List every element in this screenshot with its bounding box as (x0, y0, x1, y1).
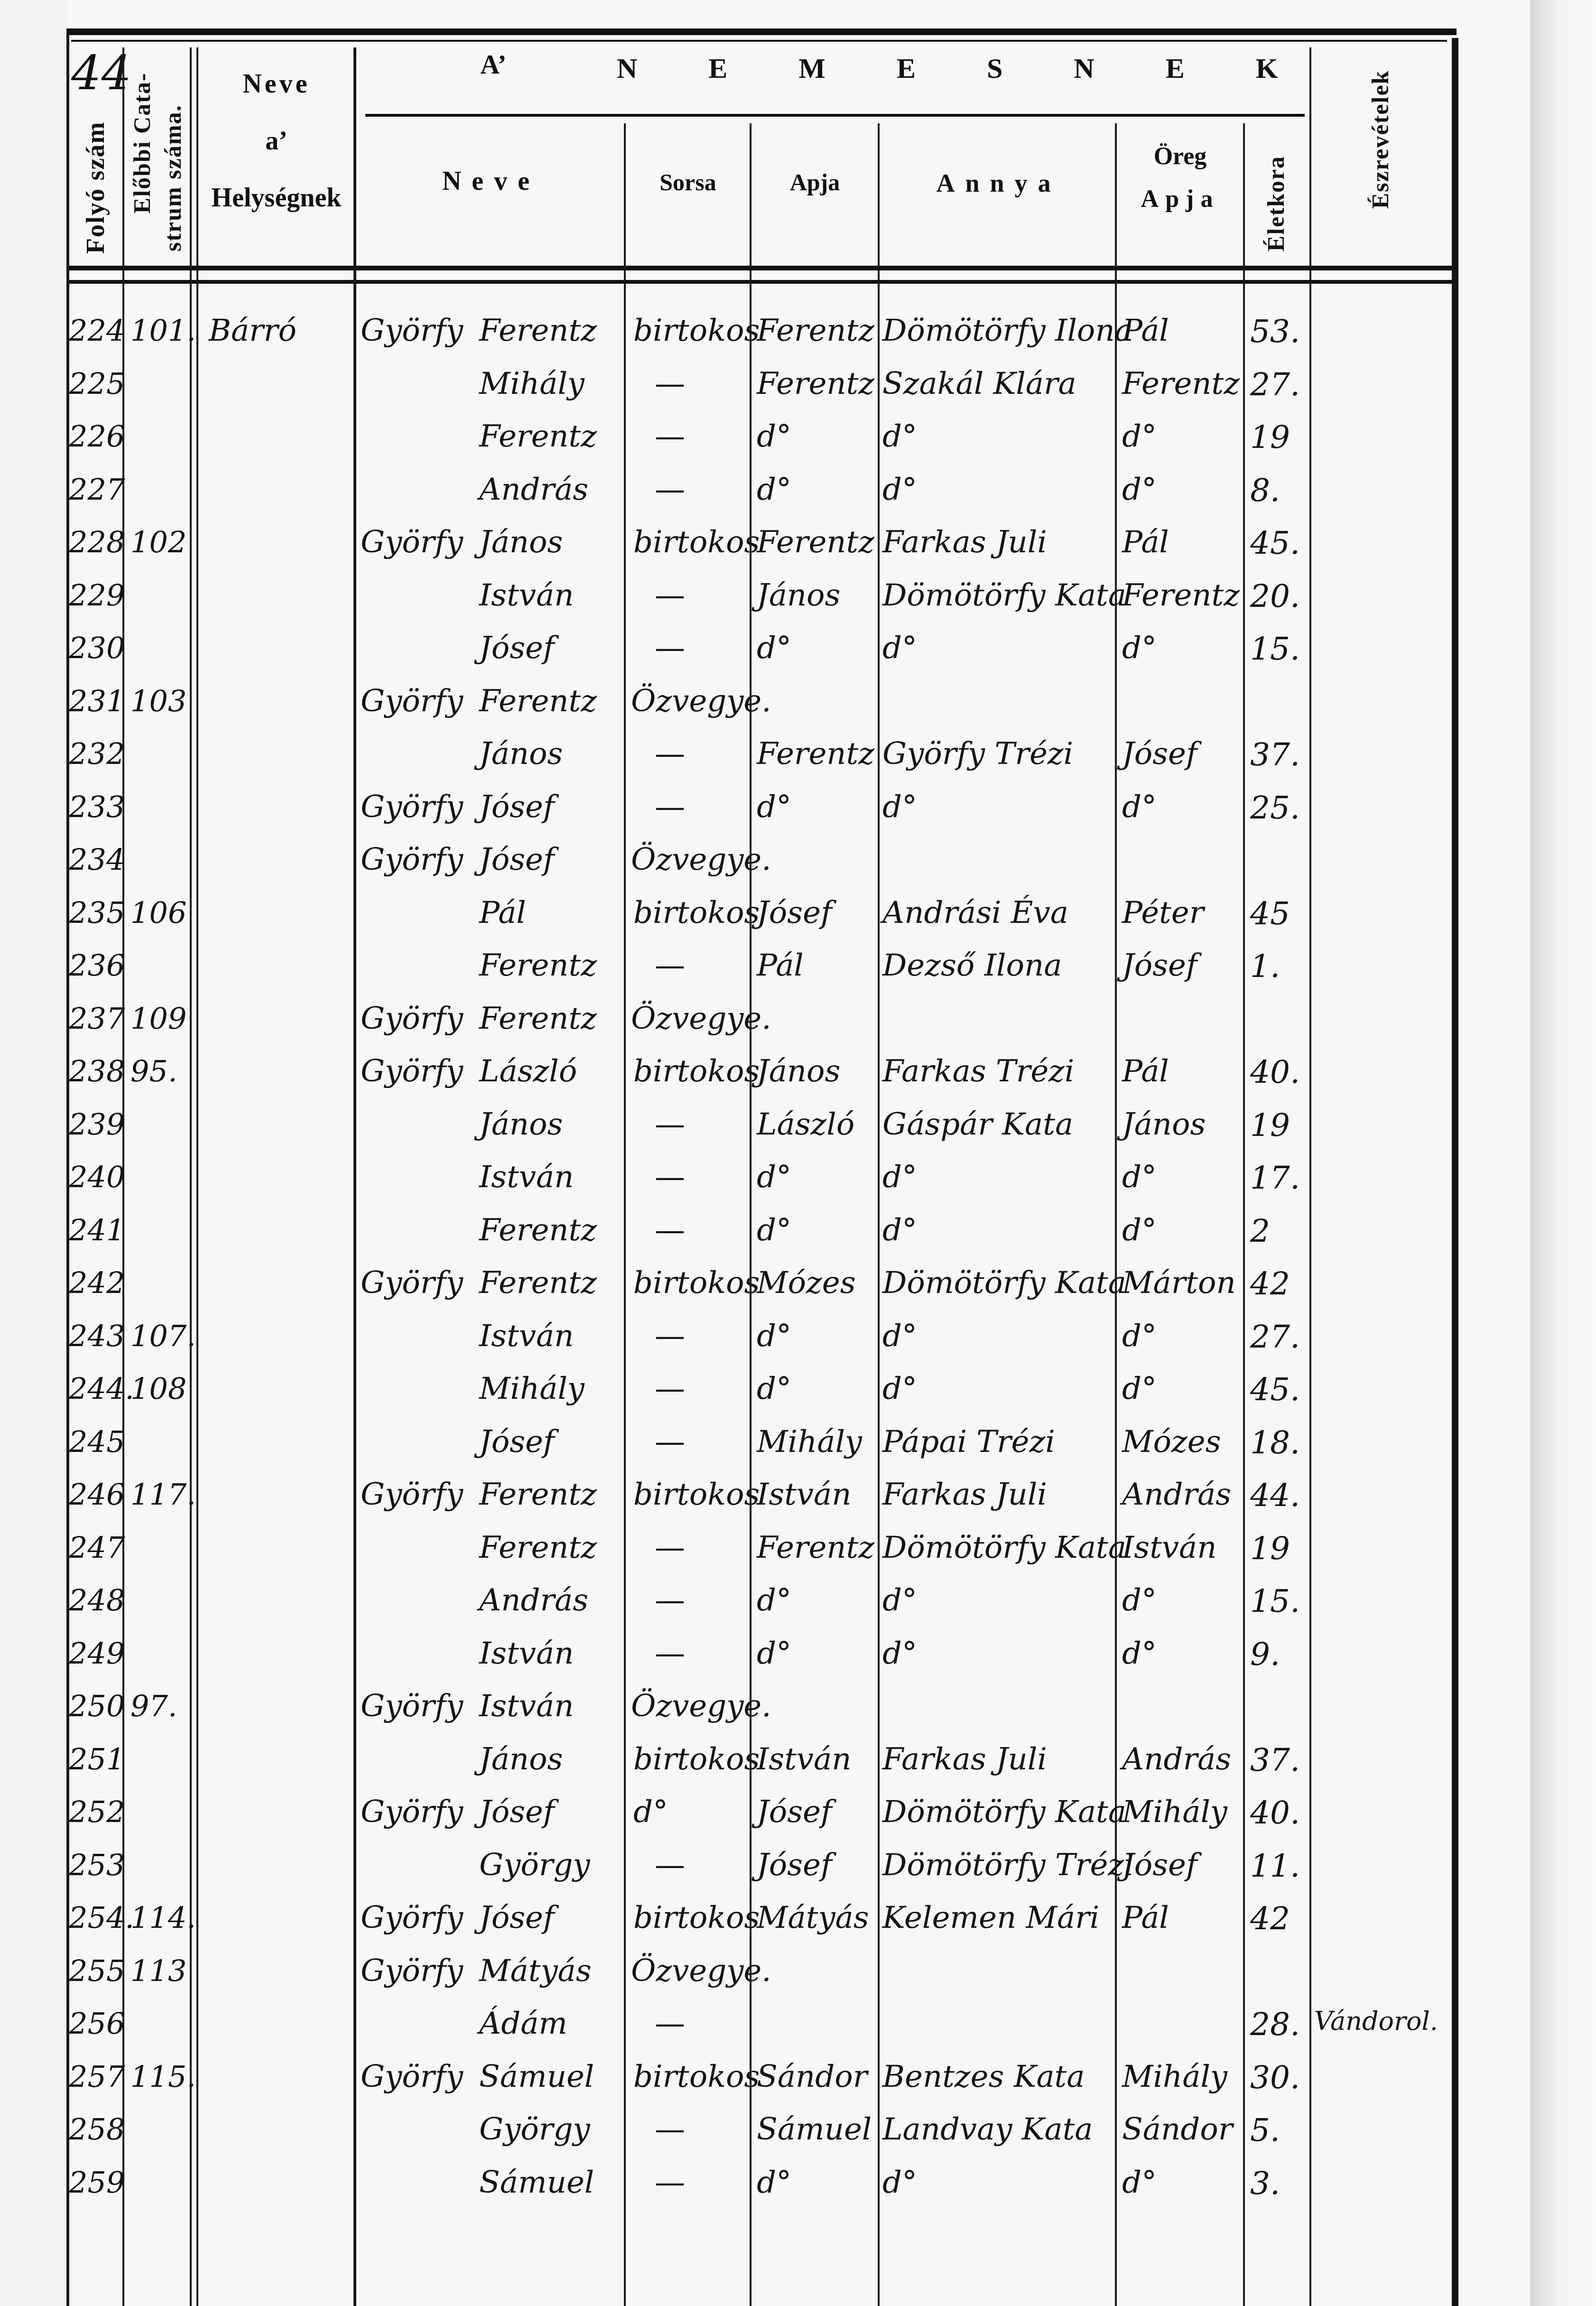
cell-neve: István (479, 578, 574, 613)
cell-annya: Farkas Juli (882, 525, 1047, 560)
cell-oreg-apja: Péter (1122, 895, 1204, 930)
cell-neve: Ádám (479, 2006, 567, 2041)
cell-eletkora: 53. (1250, 313, 1300, 350)
cell-eletkora: 2 (1250, 1213, 1270, 1249)
page-gutter (1530, 0, 1596, 2306)
cell-folyo-szam: 259 (69, 2165, 125, 2200)
cell-elobbi-szam: 113 (130, 1953, 186, 1988)
cell-sorsa: Özvegye. (631, 842, 771, 877)
cell-annya: d° (882, 2165, 917, 2200)
col-divider-elobbi-a (190, 47, 192, 2306)
cell-folyo-szam: 248 (69, 1583, 125, 1618)
cell-vezeteknev: Györfy (361, 1001, 463, 1036)
cell-neve: János (479, 1742, 563, 1777)
cell-folyo-szam: 241 (69, 1213, 125, 1247)
col-divider-elobbi-b (196, 47, 198, 2306)
cell-elobbi-szam: 108 (130, 1371, 186, 1406)
cell-neve: Jósef (479, 842, 555, 877)
cell-eletkora: 27. (1250, 1319, 1300, 1355)
cell-annya: Farkas Juli (882, 1477, 1047, 1512)
header-helyseg-3: Helységnek (199, 183, 353, 213)
cell-apja: Mihály (757, 1424, 862, 1460)
cell-apja: Jósef (757, 1795, 832, 1830)
cell-annya: Dömötörfy Kata (882, 578, 1126, 613)
cell-apja: d° (757, 790, 791, 825)
cell-oreg-apja: Pál (1122, 1054, 1169, 1089)
cell-vezeteknev: Györfy (361, 684, 463, 719)
cell-sorsa: birtokos (633, 895, 760, 930)
cell-neve: György (479, 2112, 590, 2147)
cell-vezeteknev: Györfy (361, 1689, 463, 1724)
header-folyo-szam: Folyó szám (81, 121, 110, 254)
cell-sorsa: — (655, 1107, 685, 1142)
cell-sorsa: — (655, 1636, 685, 1671)
cell-annya: Bentzes Kata (882, 2059, 1085, 2094)
cell-sorsa: — (655, 736, 685, 772)
cell-neve: Ferentz (479, 1265, 597, 1301)
cell-annya: Farkas Juli (882, 1742, 1047, 1777)
cell-eletkora: 30. (1250, 2059, 1300, 2096)
cell-folyo-szam: 257 (69, 2059, 125, 2094)
cell-vezeteknev: Györfy (361, 1795, 463, 1830)
cell-folyo-szam: 249 (69, 1636, 125, 1671)
cell-sorsa: — (655, 1424, 685, 1460)
cell-vezeteknev: Györfy (361, 313, 463, 348)
cell-annya: Andrási Éva (882, 895, 1068, 930)
header-helyseg-1: Neve (199, 69, 353, 99)
cell-oreg-apja: d° (1122, 419, 1157, 454)
cell-folyo-szam: 237 (69, 1001, 125, 1036)
cell-oreg-apja: Pál (1122, 313, 1169, 348)
cell-oreg-apja: Márton (1122, 1265, 1236, 1301)
cell-sorsa: d° (633, 1795, 668, 1830)
cell-apja: Jósef (757, 895, 832, 930)
cell-annya: d° (882, 1583, 917, 1618)
cell-eletkora: 45 (1250, 895, 1290, 932)
cell-sorsa: Özvegye. (631, 684, 771, 719)
cell-sorsa: — (655, 2006, 685, 2041)
cell-sorsa: birtokos (633, 1054, 760, 1089)
cell-vezeteknev: Györfy (361, 1953, 463, 1989)
cell-eletkora: 19 (1250, 1530, 1290, 1567)
cell-annya: d° (882, 1371, 917, 1406)
cell-folyo-szam: 240 (69, 1160, 125, 1194)
cell-oreg-apja: d° (1122, 1636, 1157, 1671)
cell-sorsa: birtokos (633, 1265, 760, 1301)
cell-eletkora: 28. (1250, 2006, 1300, 2043)
cell-elobbi-szam: 115. (130, 2059, 196, 2094)
cell-oreg-apja: Ferentz (1122, 578, 1240, 613)
cell-helyseg: Bárró (209, 313, 297, 348)
cell-neve: Mátyás (479, 1953, 592, 1989)
cell-oreg-apja: Pál (1122, 1900, 1169, 1935)
cell-apja: d° (757, 1636, 791, 1671)
cell-folyo-szam: 235 (69, 895, 125, 930)
cell-eletkora: 45. (1250, 525, 1300, 561)
cell-vezeteknev: Györfy (361, 790, 463, 825)
cell-sorsa: — (655, 578, 685, 613)
cell-sorsa: — (655, 631, 685, 666)
cell-folyo-szam: 245 (69, 1424, 125, 1459)
cell-eletkora: 37. (1250, 1742, 1300, 1778)
cell-oreg-apja: János (1122, 1107, 1206, 1142)
header-eletkora: Életkora (1262, 156, 1290, 251)
cell-apja: d° (757, 1213, 791, 1248)
cell-eletkora: 37. (1250, 736, 1300, 773)
cell-oreg-apja: d° (1122, 2165, 1157, 2200)
cell-folyo-szam: 243 (69, 1319, 125, 1353)
cell-eletkora: 5. (1250, 2112, 1280, 2148)
cell-oreg-apja: Pál (1122, 525, 1169, 560)
cell-oreg-apja: d° (1122, 1319, 1157, 1354)
cell-annya: Farkas Trézi (882, 1054, 1074, 1089)
cell-vezeteknev: Györfy (361, 1054, 463, 1089)
header-apja: Apja (752, 168, 878, 196)
cell-folyo-szam: 247 (69, 1530, 125, 1565)
header-elobbi-line1: Előbbi Cata- (128, 72, 156, 214)
cell-folyo-szam: 258 (69, 2112, 125, 2147)
cell-elobbi-szam: 103 (130, 684, 186, 718)
cell-apja: d° (757, 1160, 791, 1195)
cell-oreg-apja: Jósef (1122, 736, 1197, 772)
cell-vezeteknev: Györfy (361, 842, 463, 877)
cell-sorsa: Özvegye. (631, 1953, 771, 1989)
cell-folyo-szam: 233 (69, 790, 125, 824)
cell-apja: d° (757, 419, 791, 454)
cell-apja: d° (757, 631, 791, 666)
cell-folyo-szam: 244. (69, 1371, 134, 1406)
header-elobbi-line2: strum száma. (159, 104, 186, 251)
cell-eszrevetel: Vándorol. (1314, 2006, 1438, 2036)
header-eszrevetelek: Észrevételek (1366, 70, 1394, 209)
cell-neve: István (479, 1636, 574, 1671)
cell-oreg-apja: Mózes (1122, 1424, 1221, 1460)
cell-eletkora: 15. (1250, 631, 1300, 667)
cell-neve: László (479, 1054, 577, 1089)
cell-sorsa: — (655, 1160, 685, 1195)
cell-annya: d° (882, 1213, 917, 1248)
cell-folyo-szam: 250 (69, 1689, 125, 1723)
cell-oreg-apja: d° (1122, 790, 1157, 825)
cell-vezeteknev: Györfy (361, 1265, 463, 1301)
cell-oreg-apja: d° (1122, 1160, 1157, 1195)
cell-neve: György (479, 1848, 590, 1883)
cell-elobbi-szam: 107. (130, 1319, 196, 1353)
cell-annya: Dömötörfy Kata (882, 1265, 1126, 1301)
cell-eletkora: 42 (1250, 1900, 1290, 1937)
cell-annya: Pápai Trézi (882, 1424, 1055, 1460)
cell-folyo-szam: 254. (69, 1900, 134, 1935)
cell-neve: Ferentz (479, 948, 597, 983)
cell-annya: d° (882, 1319, 917, 1354)
cell-neve: Jósef (479, 790, 555, 825)
cell-oreg-apja: d° (1122, 631, 1157, 666)
cell-annya: Dömötörfy Ilona (882, 313, 1133, 348)
cell-oreg-apja: Jósef (1122, 948, 1197, 983)
cell-vezeteknev: Györfy (361, 525, 463, 560)
cell-sorsa: — (655, 2165, 685, 2200)
cell-folyo-szam: 229 (69, 578, 125, 613)
cell-neve: Ferentz (479, 684, 597, 719)
cell-apja: Ferentz (757, 1530, 874, 1565)
header-group-prefix: A’ (465, 50, 522, 80)
cell-folyo-szam: 251 (69, 1742, 125, 1776)
cell-neve: András (479, 1583, 588, 1618)
cell-sorsa: — (655, 1319, 685, 1354)
cell-neve: János (479, 736, 563, 772)
top-rule-thin (71, 40, 1447, 42)
cell-eletkora: 8. (1250, 472, 1280, 509)
cell-apja: Ferentz (757, 736, 874, 772)
cell-sorsa: birtokos (633, 1900, 760, 1935)
cell-folyo-szam: 236 (69, 948, 125, 983)
cell-sorsa: — (655, 790, 685, 825)
cell-oreg-apja: d° (1122, 1371, 1157, 1406)
cell-annya: Gáspár Kata (882, 1107, 1073, 1142)
header-oreg-1: Öreg (1117, 142, 1243, 170)
cell-annya: d° (882, 1636, 917, 1671)
cell-sorsa: — (655, 1213, 685, 1248)
cell-eletkora: 42 (1250, 1265, 1290, 1302)
cell-oreg-apja: Sándor (1122, 2112, 1233, 2147)
cell-elobbi-szam: 95. (130, 1054, 177, 1088)
cell-neve: István (479, 1160, 574, 1195)
cell-apja: Mátyás (757, 1900, 869, 1935)
cell-elobbi-szam: 117. (130, 1477, 196, 1512)
cell-apja: Sámuel (757, 2112, 872, 2147)
cell-folyo-szam: 226 (69, 419, 125, 454)
cell-neve: János (479, 525, 563, 560)
cell-eletkora: 27. (1250, 366, 1300, 403)
cell-annya: Dömötörfy Kata (882, 1530, 1126, 1565)
cell-eletkora: 18. (1250, 1424, 1300, 1461)
cell-apja: Ferentz (757, 525, 874, 560)
cell-elobbi-szam: 114. (130, 1900, 196, 1935)
cell-folyo-szam: 238 (69, 1054, 125, 1088)
cell-neve: Ferentz (479, 1213, 597, 1248)
group-underline (365, 114, 1305, 117)
cell-sorsa: Özvegye. (631, 1689, 771, 1724)
cell-neve: Sámuel (479, 2165, 594, 2200)
cell-apja: Mózes (757, 1265, 856, 1301)
cell-vezeteknev: Györfy (361, 2059, 463, 2094)
cell-neve: András (479, 472, 588, 507)
cell-oreg-apja: d° (1122, 1583, 1157, 1618)
cell-eletkora: 45. (1250, 1371, 1300, 1408)
cell-folyo-szam: 224 (69, 313, 125, 348)
cell-folyo-szam: 227 (69, 472, 125, 507)
cell-sorsa: birtokos (633, 1477, 760, 1512)
cell-oreg-apja: d° (1122, 1213, 1157, 1248)
cell-annya: d° (882, 419, 917, 454)
cell-annya: Dömötörfy Kata (882, 1795, 1126, 1830)
cell-annya: d° (882, 1160, 917, 1195)
cell-elobbi-szam: 97. (130, 1689, 177, 1723)
cell-eletkora: 25. (1250, 790, 1300, 826)
cell-annya: Kelemen Mári (882, 1900, 1099, 1935)
cell-sorsa: — (655, 366, 685, 401)
cell-apja: d° (757, 472, 791, 507)
cell-apja: Jósef (757, 1848, 832, 1883)
cell-folyo-szam: 228 (69, 525, 125, 559)
col-divider-helyseg (353, 47, 356, 2306)
col-divider-annya (1115, 123, 1117, 2306)
cell-oreg-apja: Jósef (1122, 1848, 1197, 1883)
cell-apja: d° (757, 2165, 791, 2200)
cell-sorsa: — (655, 2112, 685, 2147)
cell-folyo-szam: 253 (69, 1848, 125, 1882)
cell-neve: Ferentz (479, 419, 597, 454)
cell-annya: Landvay Kata (882, 2112, 1093, 2147)
cell-apja: Ferentz (757, 313, 874, 348)
header-helyseg-2: a’ (199, 126, 353, 156)
cell-sorsa: — (655, 948, 685, 983)
col-divider-apja (878, 123, 880, 2306)
cell-oreg-apja: István (1122, 1530, 1216, 1565)
header-group-title: NEMESNEK (617, 52, 1328, 85)
col-divider-neve (624, 123, 626, 2306)
cell-sorsa: — (655, 1583, 685, 1618)
cell-folyo-szam: 246 (69, 1477, 125, 1512)
cell-sorsa: — (655, 1371, 685, 1406)
cell-apja: János (757, 578, 840, 613)
cell-eletkora: 9. (1250, 1636, 1280, 1673)
cell-folyo-szam: 239 (69, 1107, 125, 1142)
cell-neve: Jósef (479, 631, 555, 666)
right-border (1452, 38, 1458, 2306)
cell-oreg-apja: Mihály (1122, 2059, 1227, 2094)
cell-eletkora: 19 (1250, 1107, 1290, 1144)
cell-neve: Mihály (479, 366, 585, 401)
cell-neve: Ferentz (479, 1477, 597, 1512)
cell-vezeteknev: Györfy (361, 1900, 463, 1935)
top-rule (66, 28, 1457, 35)
cell-folyo-szam: 234 (69, 842, 125, 877)
cell-annya: Dezső Ilona (882, 948, 1062, 983)
cell-eletkora: 20. (1250, 578, 1300, 614)
cell-oreg-apja: Ferentz (1122, 366, 1240, 401)
cell-eletkora: 17. (1250, 1160, 1300, 1196)
header-annya: Annya (882, 168, 1115, 198)
cell-folyo-szam: 242 (69, 1265, 125, 1300)
cell-folyo-szam: 231 (69, 684, 125, 718)
cell-neve: Pál (479, 895, 526, 930)
header-sorsa: Sorsa (626, 168, 750, 196)
header-neve: Neve (361, 166, 622, 196)
cell-eletkora: 44. (1250, 1477, 1300, 1514)
cell-neve: Jósef (479, 1795, 555, 1830)
cell-elobbi-szam: 101. (130, 313, 196, 348)
cell-neve: Ferentz (479, 1530, 597, 1565)
cell-eletkora: 1. (1250, 948, 1280, 985)
cell-neve: János (479, 1107, 563, 1142)
cell-apja: d° (757, 1583, 791, 1618)
cell-eletkora: 3. (1250, 2165, 1280, 2202)
cell-elobbi-szam: 106 (130, 895, 186, 930)
cell-folyo-szam: 255 (69, 1953, 125, 1988)
cell-annya: Dömötörfy Trézi (882, 1848, 1133, 1883)
cell-sorsa: birtokos (633, 313, 760, 348)
cell-eletkora: 19 (1250, 419, 1290, 456)
cell-apja: János (757, 1054, 840, 1089)
cell-annya: Szakál Klára (882, 366, 1076, 401)
cell-folyo-szam: 252 (69, 1795, 125, 1829)
cell-folyo-szam: 225 (69, 366, 125, 401)
cell-apja: d° (757, 1319, 791, 1354)
cell-oreg-apja: András (1122, 1477, 1231, 1512)
cell-elobbi-szam: 109 (130, 1001, 186, 1036)
cell-eletkora: 11. (1250, 1848, 1300, 1884)
cell-sorsa: Özvegye. (631, 1001, 771, 1036)
cell-sorsa: — (655, 472, 685, 507)
cell-eletkora: 40. (1250, 1054, 1300, 1090)
cell-neve: Mihály (479, 1371, 585, 1406)
cell-eletkora: 40. (1250, 1795, 1300, 1831)
cell-apja: István (757, 1742, 851, 1777)
col-divider-oreg (1243, 123, 1245, 2306)
cell-sorsa: — (655, 1848, 685, 1883)
cell-folyo-szam: 232 (69, 736, 125, 771)
cell-neve: Jósef (479, 1900, 555, 1935)
cell-oreg-apja: Mihály (1122, 1795, 1227, 1830)
cell-neve: István (479, 1319, 574, 1354)
cell-annya: Györfy Trézi (882, 736, 1073, 772)
cell-elobbi-szam: 102 (130, 525, 186, 559)
cell-apja: István (757, 1477, 851, 1512)
cell-annya: d° (882, 790, 917, 825)
cell-apja: Sándor (757, 2059, 867, 2094)
cell-sorsa: birtokos (633, 525, 760, 560)
cell-vezeteknev: Györfy (361, 1477, 463, 1512)
cell-neve: István (479, 1689, 574, 1724)
cell-sorsa: — (655, 1530, 685, 1565)
cell-neve: Sámuel (479, 2059, 594, 2094)
cell-oreg-apja: d° (1122, 472, 1157, 507)
cell-sorsa: birtokos (633, 1742, 760, 1777)
cell-sorsa: birtokos (633, 2059, 760, 2094)
cell-annya: d° (882, 472, 917, 507)
cell-folyo-szam: 230 (69, 631, 125, 665)
col-divider-eletkora (1309, 47, 1311, 2306)
cell-annya: d° (882, 631, 917, 666)
cell-apja: Ferentz (757, 366, 874, 401)
cell-neve: Ferentz (479, 1001, 597, 1036)
cell-neve: Jósef (479, 1424, 555, 1460)
cell-sorsa: — (655, 419, 685, 454)
cell-apja: d° (757, 1371, 791, 1406)
cell-apja: László (757, 1107, 854, 1142)
cell-apja: Pál (757, 948, 804, 983)
cell-folyo-szam: 256 (69, 2006, 125, 2041)
cell-oreg-apja: András (1122, 1742, 1231, 1777)
header-oreg-2: Apja (1117, 185, 1243, 213)
cell-neve: Ferentz (479, 313, 597, 348)
cell-eletkora: 15. (1250, 1583, 1300, 1619)
